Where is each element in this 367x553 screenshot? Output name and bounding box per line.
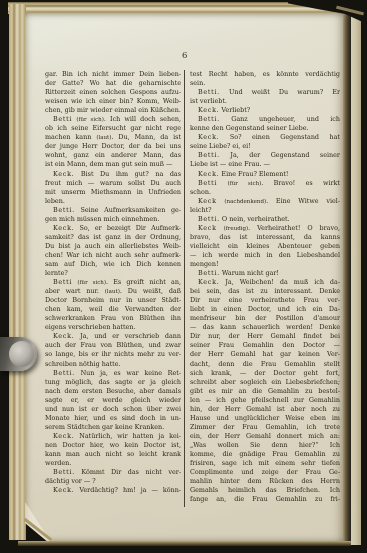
text-line: gibt es mir an die Gemahlin zu bestel- [190, 387, 340, 396]
book-scan-photo: 6 gar. Bin ich nicht immer Dein lieben-d… [0, 0, 367, 553]
text-line: Keck. Ja, Weibchen! da muß ich da- [190, 278, 340, 287]
text-line: chen kam, weil die Verwandten der [45, 305, 181, 314]
text-line: gar. Bin ich nicht immer Dein lieben- [45, 70, 181, 79]
text-line: Betti (für sich). Bravo! es wirkt [190, 179, 340, 188]
text-line: der Herr Gemahl hat gar keinen Ver- [190, 350, 340, 359]
text-line: Zimmer der Frau Gemahlin, ich trete [190, 423, 340, 432]
text-line: vielleicht ein kleines Abenteuer geben [190, 242, 340, 251]
text-line: Keck. Bist Du ihm gut? na das [45, 170, 181, 179]
text-line: komme, die gnädige Frau Gemahlin zu [190, 450, 340, 459]
text-line: hin, der Herr Gemahl ist aber noch zu [190, 405, 340, 414]
text-line: mengen! [190, 260, 340, 269]
text-line: chen! War ich nicht auch sehr aufmerk- [45, 251, 181, 260]
speaker-name: Keck. [53, 432, 74, 440]
text-line: bei sein, das ist zu interessant. Denke [190, 287, 340, 296]
speaker-name: Betti. [53, 468, 75, 476]
text-line: mit unserm Miethsmann in Unfrieden [45, 188, 181, 197]
text-line: Betti. Ganz ungeheuer, und ich [190, 115, 340, 124]
speaker-name: Betti. [198, 151, 220, 159]
speaker-name: Keck. [53, 224, 74, 232]
text-line: der junge Herr Doctor, der da bei uns [45, 142, 181, 151]
text-line: Betti. Seine Aufmerksamkeiten ge- [45, 206, 181, 215]
text-line: seine Liebe? ei, ei! [190, 142, 340, 151]
text-line: „Was wollen Sie denn hier?“ Ich [190, 441, 340, 450]
text-line: eigens verschrieben hatten. [45, 323, 181, 332]
speaker-name: Keck. [53, 486, 74, 494]
text-line: Betti. Warum nicht gar! [190, 269, 340, 278]
text-line: dächtig vor — ? [45, 477, 181, 486]
text-line: Complimente und zeige der Frau Ge- [190, 468, 340, 477]
stage-direction: (freudig) [224, 226, 249, 232]
text-line: schon. [190, 188, 340, 197]
photo-border-right [361, 0, 367, 553]
speaker-name: Betti [198, 179, 217, 187]
text-line: leicht? [190, 206, 340, 215]
text-column-right: test Recht haben, es könnte verdächtigse… [190, 70, 340, 504]
text-line: Dir nur, der Herr Gemahl findet bei [190, 332, 340, 341]
text-line: chen, gib mir wieder einmal ein Küßchen. [45, 106, 181, 115]
text-line: Betti. Ja, der Gegenstand seiner [190, 151, 340, 160]
speaker-name: Keck. [53, 170, 74, 178]
page-number: 6 [176, 51, 194, 61]
speaker-name: Betti. [198, 215, 220, 223]
stage-direction: (für sich) [76, 117, 104, 123]
text-line: Betti. Und weißt Du warum? Er [190, 88, 340, 97]
text-line: leben. [45, 197, 181, 206]
speaker-name: Betti. [198, 115, 220, 123]
text-line: Keck. Eine Frau? Element! [190, 170, 340, 179]
text-line: freut mich — warum sollst Du auch [45, 179, 181, 188]
stage-direction: (für sich) [77, 280, 106, 286]
speaker-name: Keck. [198, 278, 219, 286]
text-line: liebt in einen Doctor, und ich ein Da- [190, 305, 340, 314]
speaker-name: Betti [53, 278, 72, 286]
speaker-name: Keck [198, 197, 217, 205]
stage-direction: (nachdenkend) [224, 199, 266, 205]
text-line: Du bist ja auch ein allerliebstes Weib- [45, 242, 181, 251]
text-line: test Recht haben, es könnte verdächtig [190, 70, 340, 79]
text-line: Ritterzeit einen solchen Gespons aufzu- [45, 88, 181, 97]
text-line: — ich werde mich in den Liebeshandel [190, 251, 340, 260]
speaker-name: Betti. [53, 369, 75, 377]
page-clip [0, 337, 37, 371]
text-line: lernte? [45, 269, 181, 278]
text-line: so lange, bis er ihr nichts mehr zu ver- [45, 350, 181, 359]
text-line: Betti (für sich). Ich will doch sehen, [45, 115, 181, 124]
speaker-name: Keck. [198, 106, 219, 114]
text-line: Keck. Verdächtig? hm! ja — könn- [45, 486, 181, 495]
text-line: und nun ist er doch schon über zwei [45, 405, 181, 414]
text-line: Betti. Nun ja, es war keine Ret- [45, 369, 181, 378]
text-line: dacht, denn die Frau Gemahlin stellt [190, 360, 340, 369]
photo-border-bottom [0, 546, 367, 553]
text-line: gen mich müssen mich einnehmen. [45, 215, 181, 224]
text-line: samkeit? das ist ganz in der Ordnung, [45, 233, 181, 242]
text-line: Keck. Verliebt? [190, 106, 340, 115]
column-divider [184, 70, 185, 507]
text-line: schreibt aber sogleich ein Liebesbriefch… [190, 378, 340, 387]
text-line: kenne den Gegenstand seiner Liebe. [190, 124, 340, 133]
text-line: Keck. So? einen Gegenstand hat [190, 133, 340, 142]
speaker-name: Betti. [53, 206, 75, 214]
text-line: Keck. So, er bezeigt Dir Aufmerk- [45, 224, 181, 233]
text-line: schwerkranken Frau von Blüthen ihn [45, 314, 181, 323]
gutter-shadow [343, 10, 351, 542]
stage-direction: (für sich) [228, 181, 262, 187]
text-line: sein. [190, 79, 340, 88]
speaker-name: Betti [53, 115, 72, 123]
text-line: Doctor Bornheim nur in unser Städt- [45, 296, 181, 305]
text-line: aber wart nur. (laut). Du weißt, daß [45, 287, 181, 296]
text-line: Keck. Ja, und er verschrieb dann [45, 332, 181, 341]
text-line: fange an, die Frau Gemahlin zu fri- [190, 495, 340, 504]
text-column-left: gar. Bin ich nicht immer Dein lieben-der… [45, 70, 181, 495]
text-line: Betti. O nein, verheirathet. [190, 215, 340, 224]
speaker-name: Betti. [198, 269, 220, 277]
text-line: ist verliebt. [190, 97, 340, 106]
text-line: nen Doctor hier, wo kein Doctor ist, [45, 441, 181, 450]
text-line: mahlin hinter dem Rücken des Herrn [190, 477, 340, 486]
text-line: Keck (nachdenkend). Eine Witwe viel- [190, 197, 340, 206]
text-line: kann man auch nicht so leicht krank [45, 450, 181, 459]
text-line: Gemahls heimlich das Briefchen. Ich [190, 486, 340, 495]
text-line: sam auf Dich, wie ich Dich kennen [45, 260, 181, 269]
adjacent-page-edge [351, 6, 361, 545]
text-line: ob ich seine Eifersucht gar nicht rege [45, 124, 181, 133]
page-fore-edge-left [9, 4, 26, 540]
stage-direction: (laut) [96, 135, 111, 141]
speaker-name: Betti. [198, 88, 220, 96]
text-line: der Gatte? Wo hat die geharnischte [45, 79, 181, 88]
text-line: serem Städtchen gar keine Kranken. [45, 423, 181, 432]
text-line: len — ich gehe pfeilschnell zur Gemahlin [190, 396, 340, 405]
speaker-name: Keck. [198, 170, 219, 178]
speaker-name: Keck [198, 224, 217, 232]
text-line: ist ein Mann, dem man gut sein muß — [45, 160, 181, 169]
speaker-name: Keck. [53, 332, 74, 340]
text-line: schreiben nöthig hatte. [45, 360, 181, 369]
page-clip-cap [9, 341, 34, 367]
text-line: wohnt, ganz ein anderer Mann, das [45, 151, 181, 160]
text-line: sagte er, er werde gleich wieder abreise… [45, 396, 181, 405]
text-line: Betti (für sich). Es greift nicht an, [45, 278, 181, 287]
text-line: nach dem ersten Besuche, aber damals [45, 387, 181, 396]
text-line: machen kann (laut). Du, Mann, da ist [45, 133, 181, 142]
text-line: werden. [45, 459, 181, 468]
text-line: tung möglich, das sagte er ja gleich [45, 378, 181, 387]
text-line: Liebe ist — eine Frau. — [190, 160, 340, 169]
text-line: — das kann schauerlich werden! Denke [190, 323, 340, 332]
text-line: frisiren, sage ich mit einem sehr tiefen [190, 459, 340, 468]
stage-direction: (laut) [105, 289, 120, 295]
text-line: Keck. Natürlich, wir hatten ja kei- [45, 432, 181, 441]
text-line: Betti. Kömmt Dir das nicht ver- [45, 468, 181, 477]
text-line: seiner Frau Gemahlin den Doctor — [190, 341, 340, 350]
text-line: Dir nur eine verheirathete Frau ver- [190, 296, 340, 305]
text-line: Hause und unglücklicher Weise eben im [190, 414, 340, 423]
text-line: Keck (freudig). Verheirathet! O bravo, [190, 224, 340, 233]
text-line: ein, der Herr Gemahl donnert mich an: [190, 432, 340, 441]
text-line: menfriseur bin der Postillon d'amour [190, 314, 340, 323]
text-line: bravo, das ist interessant, da kanns [190, 233, 340, 242]
text-line: sich krank, — der Doctor geht fort, [190, 369, 340, 378]
text-line: Monate hier, und es sind doch in un- [45, 414, 181, 423]
text-line: auch der Frau von Blüthen, und zwar [45, 341, 181, 350]
text-line: weisen wie ich einer bin? Komm, Weib- [45, 97, 181, 106]
speaker-name: Keck. [198, 133, 219, 141]
